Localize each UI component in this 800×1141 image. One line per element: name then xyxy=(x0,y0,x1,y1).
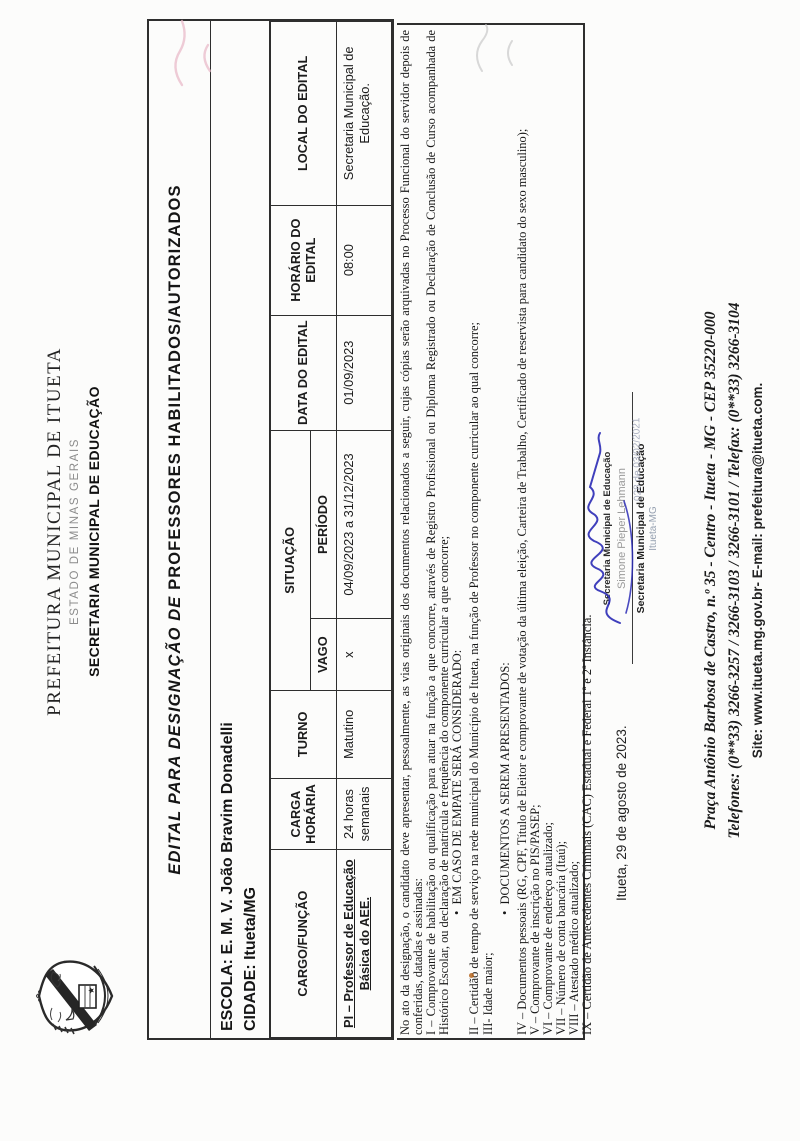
paragraph-intro: No ato da designação, o candidato deve a… xyxy=(399,30,425,1035)
scanned-document: ★ PREFEITURA MUNICIPAL DE ITUETA ESTADO … xyxy=(0,0,800,1141)
signature-city: Itueta-MG xyxy=(648,356,659,701)
footer-address: Praça Antônio Barbosa de Castro, n.º 35 … xyxy=(699,0,723,1141)
footer-site-email: Site: www.itueta.mg.gov.br- E-mail: pref… xyxy=(747,0,769,1141)
col-header-periodo: PERÍODO xyxy=(311,430,337,619)
table-row: PI – Professor de Educação Básica do AEE… xyxy=(337,22,392,1038)
item-i: I – Comprovante de habilitação ou qualif… xyxy=(425,30,451,1035)
col-header-local: LOCAL DO EDITAL xyxy=(271,22,337,206)
cell-vago: x xyxy=(337,619,392,691)
signature-role: Secretaria Municipal de Educação 028 de … xyxy=(635,356,647,701)
col-header-vago: VAGO xyxy=(311,619,337,691)
school-city: CIDADE: Itueta/MG xyxy=(239,21,262,1031)
stamp-overlay-text: 028 de 03/02/2021 xyxy=(631,417,643,501)
school-band: ESCOLA: E. M. V. João Bravim Donadelli C… xyxy=(211,21,270,1038)
col-header-data: DATA DO EDITAL xyxy=(271,315,337,430)
footer-phones: Telefones: (0**33) 3266-3257 / 3266-3103… xyxy=(723,0,747,1141)
edital-frame: EDITAL PARA DESIGNAÇÃO DE PROFESSORES HA… xyxy=(147,19,394,1040)
signature-block: Secretaria Municipal de Educação Simone … xyxy=(586,356,659,701)
col-header-situacao: SITUAÇÃO xyxy=(271,430,311,690)
item-ii: II – Certidão de tempo de serviço na red… xyxy=(468,30,481,1035)
cell-horario: 08:00 xyxy=(337,205,392,315)
letterhead-department: SECRETARIA MUNICIPAL DE EDUCAÇÃO xyxy=(86,23,102,1040)
item-iii: III- Idade maior; xyxy=(482,30,495,1035)
cell-local: Secretaria Municipal de Educação. xyxy=(337,22,392,206)
footer: Praça Antônio Barbosa de Castro, n.º 35 … xyxy=(699,0,769,1141)
bullet-icon: • xyxy=(498,911,512,915)
cell-cargo: PI – Professor de Educação Básica do AEE… xyxy=(337,850,392,1038)
date-line: Itueta, 29 de agosto de 2023. xyxy=(614,725,629,901)
item-iv: IV – Documentos pessoais (RG, CPF, Títul… xyxy=(516,30,529,1035)
edital-title-italic: EDITAL PARA DESIGNAÇÃO DE xyxy=(166,590,184,875)
cell-turno: Matutino xyxy=(337,690,392,778)
cell-data: 01/09/2023 xyxy=(337,315,392,430)
bullet-documentos: • DOCUMENTOS A SEREM APRESENTADOS: xyxy=(499,30,512,1035)
col-header-carga: CARGA HORÁRIA xyxy=(271,778,337,850)
vacancy-table: CARGO/FUNÇÃO CARGA HORÁRIA TURNO SITUAÇÃ… xyxy=(270,21,392,1038)
document-page-rotated: ★ PREFEITURA MUNICIPAL DE ITUETA ESTADO … xyxy=(0,0,800,1141)
item-v: V – Comprovante de inscrição no PIS/PASE… xyxy=(529,30,542,1035)
bullet-icon: • xyxy=(450,911,464,915)
col-header-horario: HORÁRIO DO EDITAL xyxy=(271,205,337,315)
edital-title: EDITAL PARA DESIGNAÇÃO DE PROFESSORES HA… xyxy=(149,21,211,1038)
school-name: ESCOLA: E. M. V. João Bravim Donadelli xyxy=(216,21,239,1031)
edital-title-bold: PROFESSORES HABILITADOS/AUTORIZADOS xyxy=(166,184,184,590)
letterhead-municipality: PREFEITURA MUNICIPAL DE ITUETA xyxy=(44,23,66,1040)
letterhead-state: ESTADO DE MINAS GERAIS xyxy=(69,23,82,1040)
col-header-cargo: CARGO/FUNÇÃO xyxy=(271,850,337,1038)
cell-carga: 24 horas semanais xyxy=(337,778,392,850)
requirements-text: No ato da designação, o candidato deve a… xyxy=(397,23,585,1040)
stamp-department-line: Secretaria Municipal de Educação xyxy=(602,356,613,701)
letterhead: PREFEITURA MUNICIPAL DE ITUETA ESTADO DE… xyxy=(44,23,102,1040)
col-header-turno: TURNO xyxy=(271,690,337,778)
bullet-empate: • EM CASO DE EMPATE SERÁ CONSIDERADO: xyxy=(451,30,464,1035)
signer-name: Simone Pieper Lehmann xyxy=(616,356,628,701)
cell-periodo: 04/09/2023 a 31/12/2023 xyxy=(337,430,392,619)
